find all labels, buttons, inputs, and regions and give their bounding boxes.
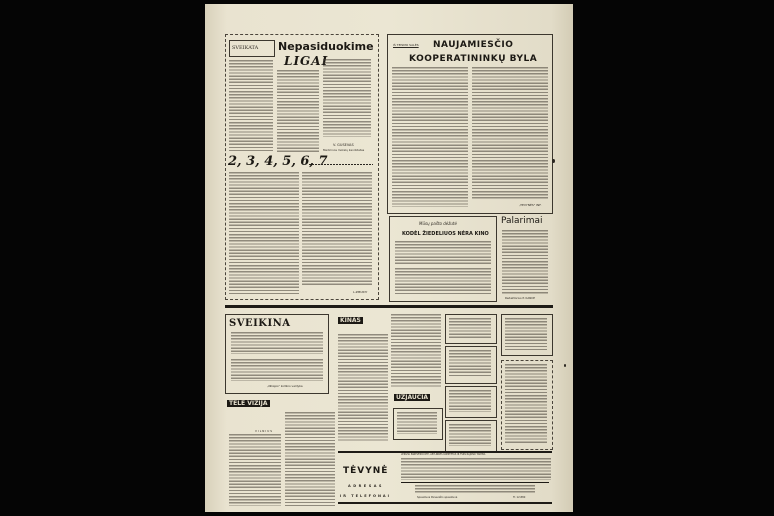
article-body — [323, 59, 371, 137]
mailbox-rubric: Mūsų pašto dėžutė — [419, 221, 457, 226]
author: L.ZMUIDY — [353, 290, 367, 294]
paper-speck — [564, 364, 566, 367]
author: V. GUSEVAS — [333, 143, 354, 147]
condolences-title: UŽJAUČIA — [394, 394, 430, 401]
greetings-body — [231, 359, 323, 381]
article-body — [395, 241, 491, 265]
cinema-body — [338, 334, 388, 442]
newspaper-page: SVEIKATA Nepasiduokime LIGAI V. GUSEVAS … — [205, 4, 573, 512]
footer-masthead: TĖVYNĖ — [343, 466, 388, 476]
footer-rule — [338, 502, 552, 504]
condolence-text — [449, 350, 491, 378]
tv-day: VILNIUS — [255, 429, 273, 433]
paper-speck — [552, 159, 555, 163]
printer-line: Spaustuva Panevėžio spaustuvė — [417, 496, 457, 499]
condolence-text — [449, 424, 491, 446]
coop-rubric: IŠ TEISMO SALĖS — [393, 43, 419, 47]
condolence-text — [397, 412, 437, 434]
coop-signature: „TEVYNĖS" INF. — [519, 203, 541, 207]
article-title-2: LIGAI — [284, 54, 328, 68]
article-body — [277, 70, 319, 152]
condolence-text — [449, 318, 491, 338]
coop-title-2: KOOPERATININKŲ BYLA — [409, 54, 537, 64]
author-note: Medicinos mokslų kandidatas — [323, 148, 364, 152]
condolence-text — [505, 318, 547, 350]
cinema-title: KINAS — [338, 317, 363, 324]
tv-title: TELE VIZIJA — [227, 400, 270, 407]
cinema-body — [391, 314, 441, 388]
article-body — [229, 60, 273, 152]
footer-body — [415, 485, 535, 493]
footer-rule — [401, 482, 549, 483]
greetings-signature: „Nikėjos" kolūkio valdyba — [267, 384, 303, 388]
article-body — [472, 67, 548, 199]
tv-body — [285, 412, 335, 506]
greetings-body — [231, 332, 323, 354]
article-body — [229, 172, 299, 294]
order-number: Tr. 12.880 — [513, 496, 525, 499]
condolence-text — [449, 390, 491, 412]
address-label-2: IR TELEFONAI — [340, 494, 391, 498]
tv-body — [229, 434, 281, 506]
article-title: Nepasiduokime — [278, 40, 374, 53]
article-body — [395, 268, 491, 296]
address-label: ADRESAS — [348, 484, 384, 488]
notice-text — [505, 364, 547, 444]
editor: Redaktorius P. KANCE — [505, 296, 535, 300]
section-divider — [225, 305, 553, 308]
article-body — [392, 67, 468, 207]
palarimai-title: Palarimai — [501, 216, 543, 226]
greetings-title: SVEIKINA — [229, 318, 291, 329]
publisher-line: LEIDŽIA PANEVĖŽIO RTP, APYLINKĖS KOMITET… — [401, 453, 485, 456]
numbers-title: 2, 3, 4, 5, 6, 7 — [228, 154, 328, 169]
palarimai-body — [502, 230, 548, 294]
coop-title: NAUJAMIESČIO — [433, 40, 513, 50]
mailbox-title: KODĖL ŽIEDELIUOS NĖRA KINO — [402, 231, 489, 237]
rubric-label: SVEIKATA — [232, 45, 258, 51]
divider — [309, 164, 373, 165]
article-body — [302, 172, 372, 286]
footer-body — [401, 458, 551, 480]
